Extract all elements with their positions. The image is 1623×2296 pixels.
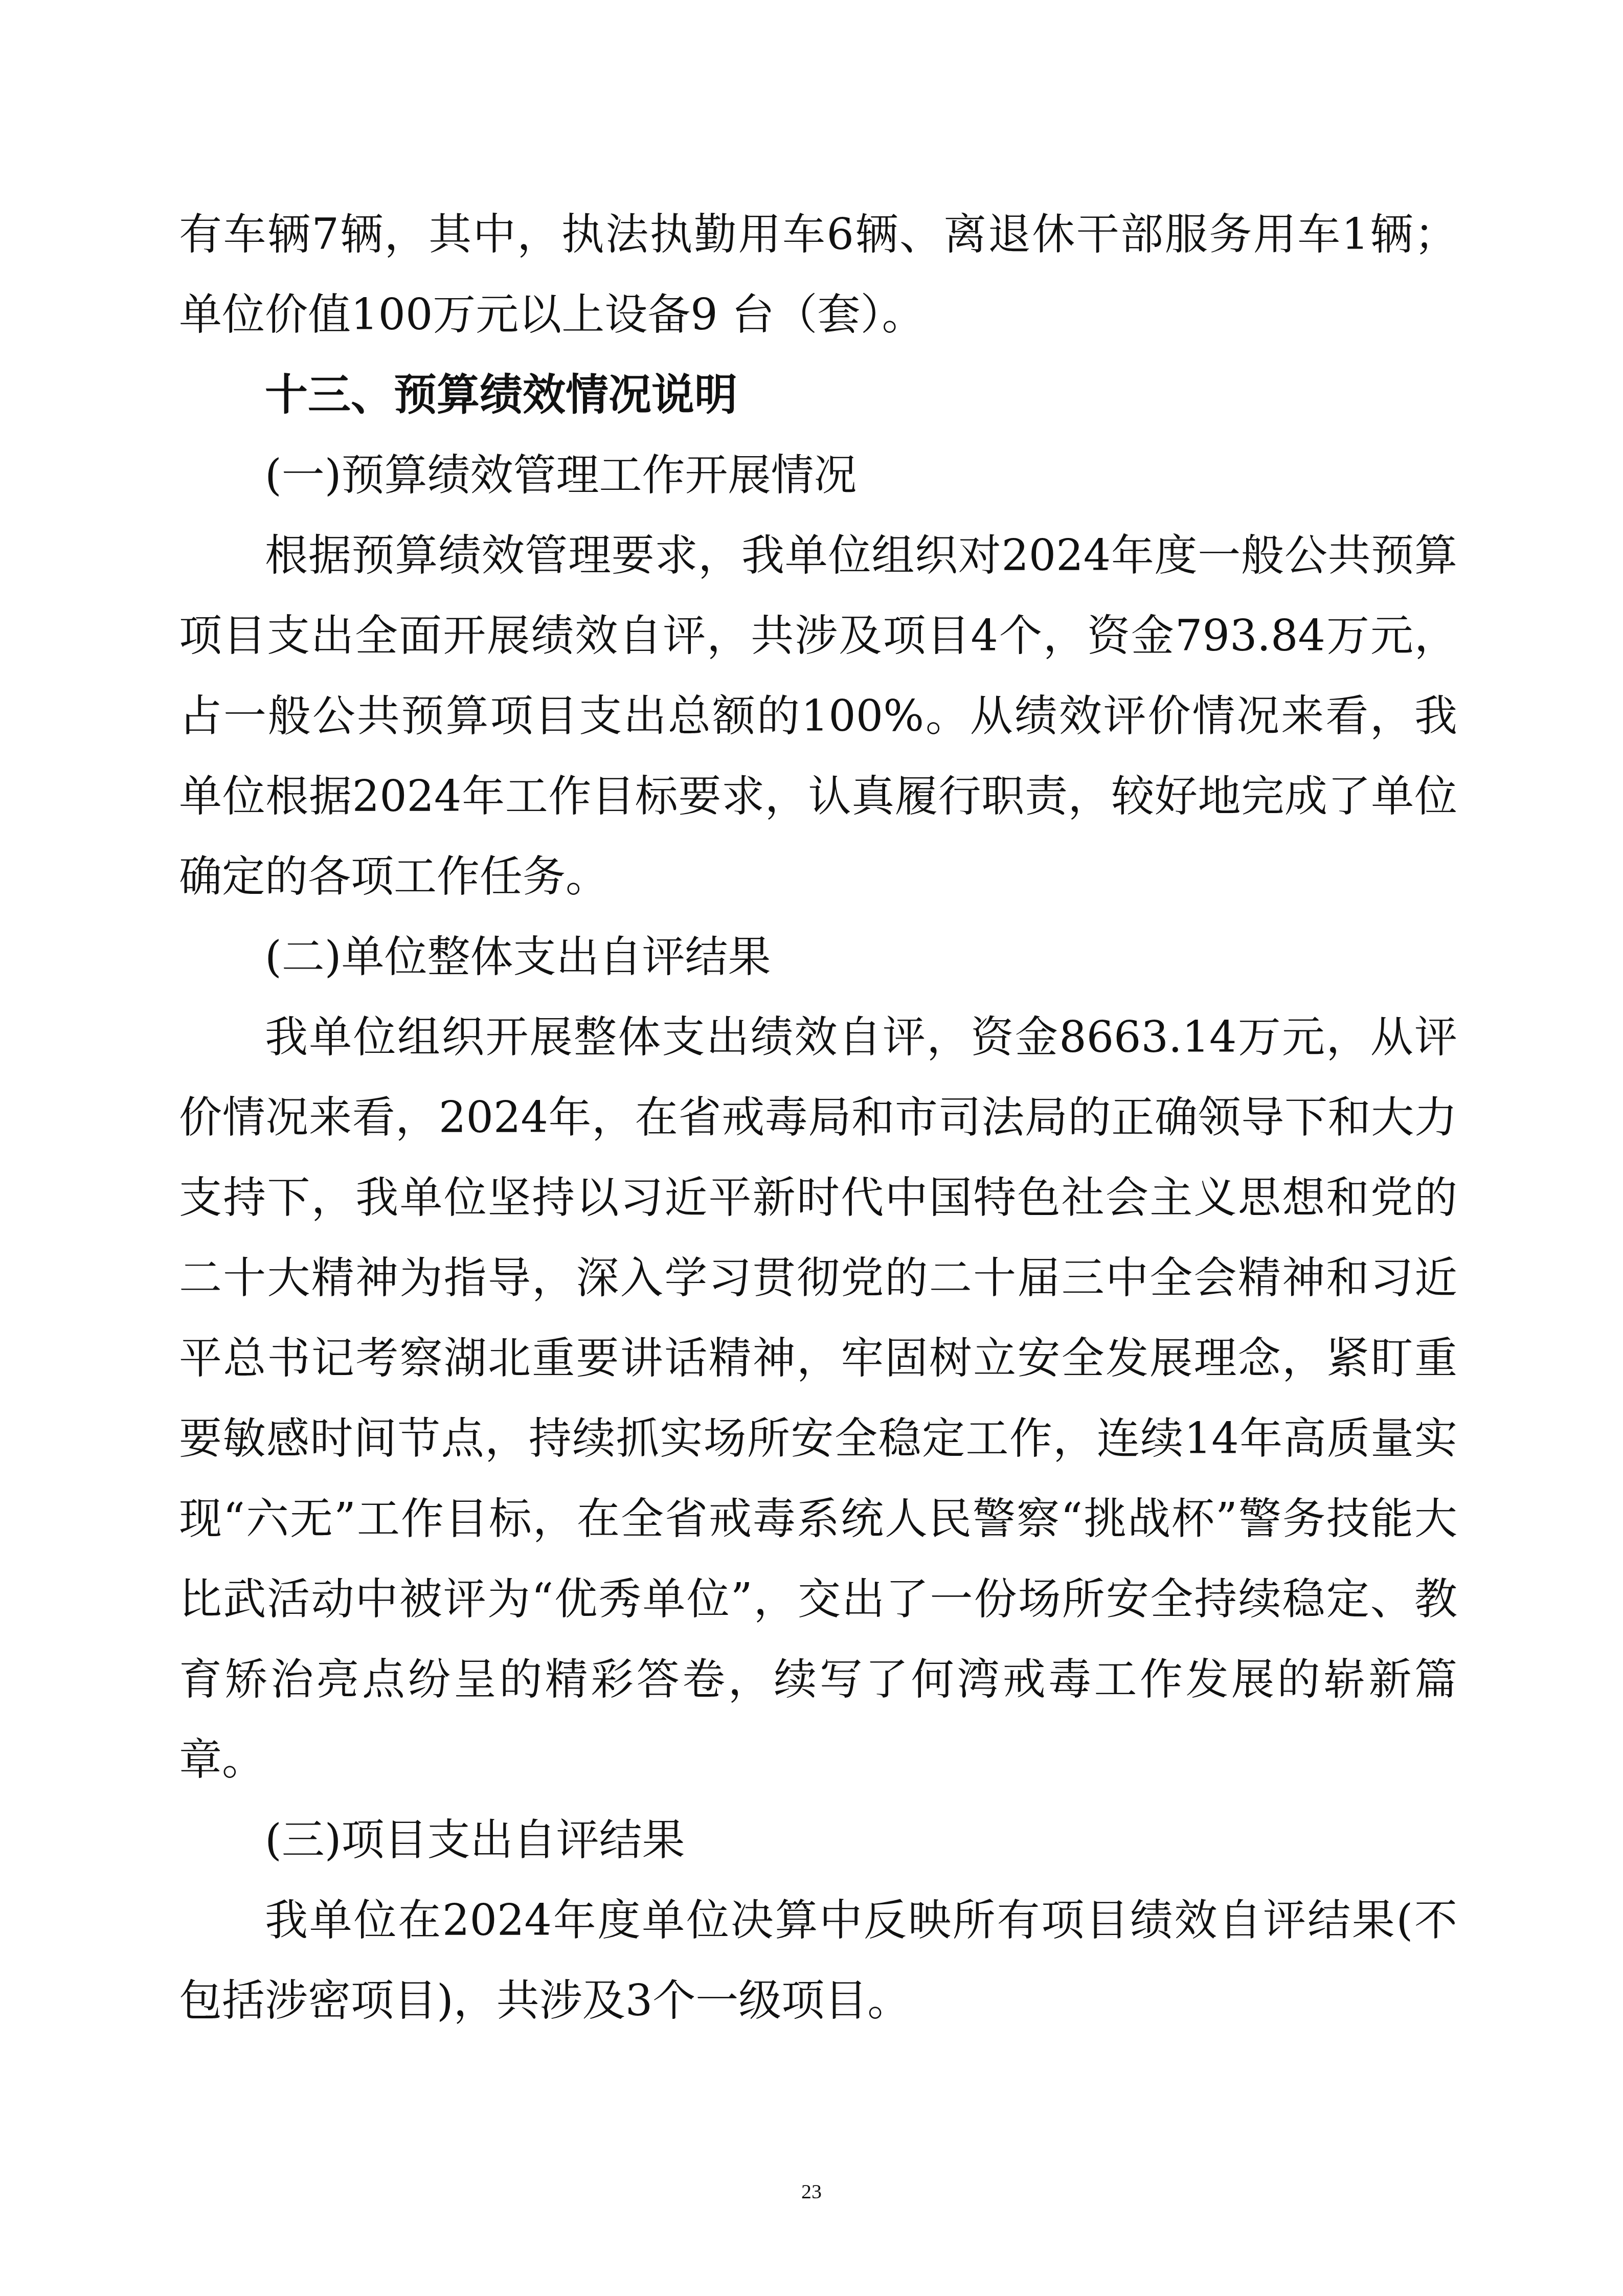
subsection-title-3: (三)项目支出自评结果 [179,1800,1457,1880]
subsection-title-1: (一)预算绩效管理工作开展情况 [179,435,1457,515]
subsection-body-1: 根据预算绩效管理要求，我单位组织对2024年度一般公共预算项目支出全面开展绩效自… [179,515,1457,917]
page-number: 23 [0,2179,1623,2203]
continuation-paragraph: 有车辆7辆，其中，执法执勤用车6辆、离退休干部服务用车1辆；单位价值100万元以… [179,194,1457,355]
document-body: 有车辆7辆，其中，执法执勤用车6辆、离退休干部服务用车1辆；单位价值100万元以… [179,194,1457,2041]
document-page: 有车辆7辆，其中，执法执勤用车6辆、离退休干部服务用车1辆；单位价值100万元以… [0,0,1623,2296]
section-title: 十三、预算绩效情况说明 [179,355,1457,435]
subsection-body-3: 我单位在2024年度单位决算中反映所有项目绩效自评结果(不包括涉密项目)，共涉及… [179,1880,1457,2041]
subsection-body-2: 我单位组织开展整体支出绩效自评，资金8663.14万元，从评价情况来看，2024… [179,997,1457,1800]
subsection-title-2: (二)单位整体支出自评结果 [179,917,1457,997]
